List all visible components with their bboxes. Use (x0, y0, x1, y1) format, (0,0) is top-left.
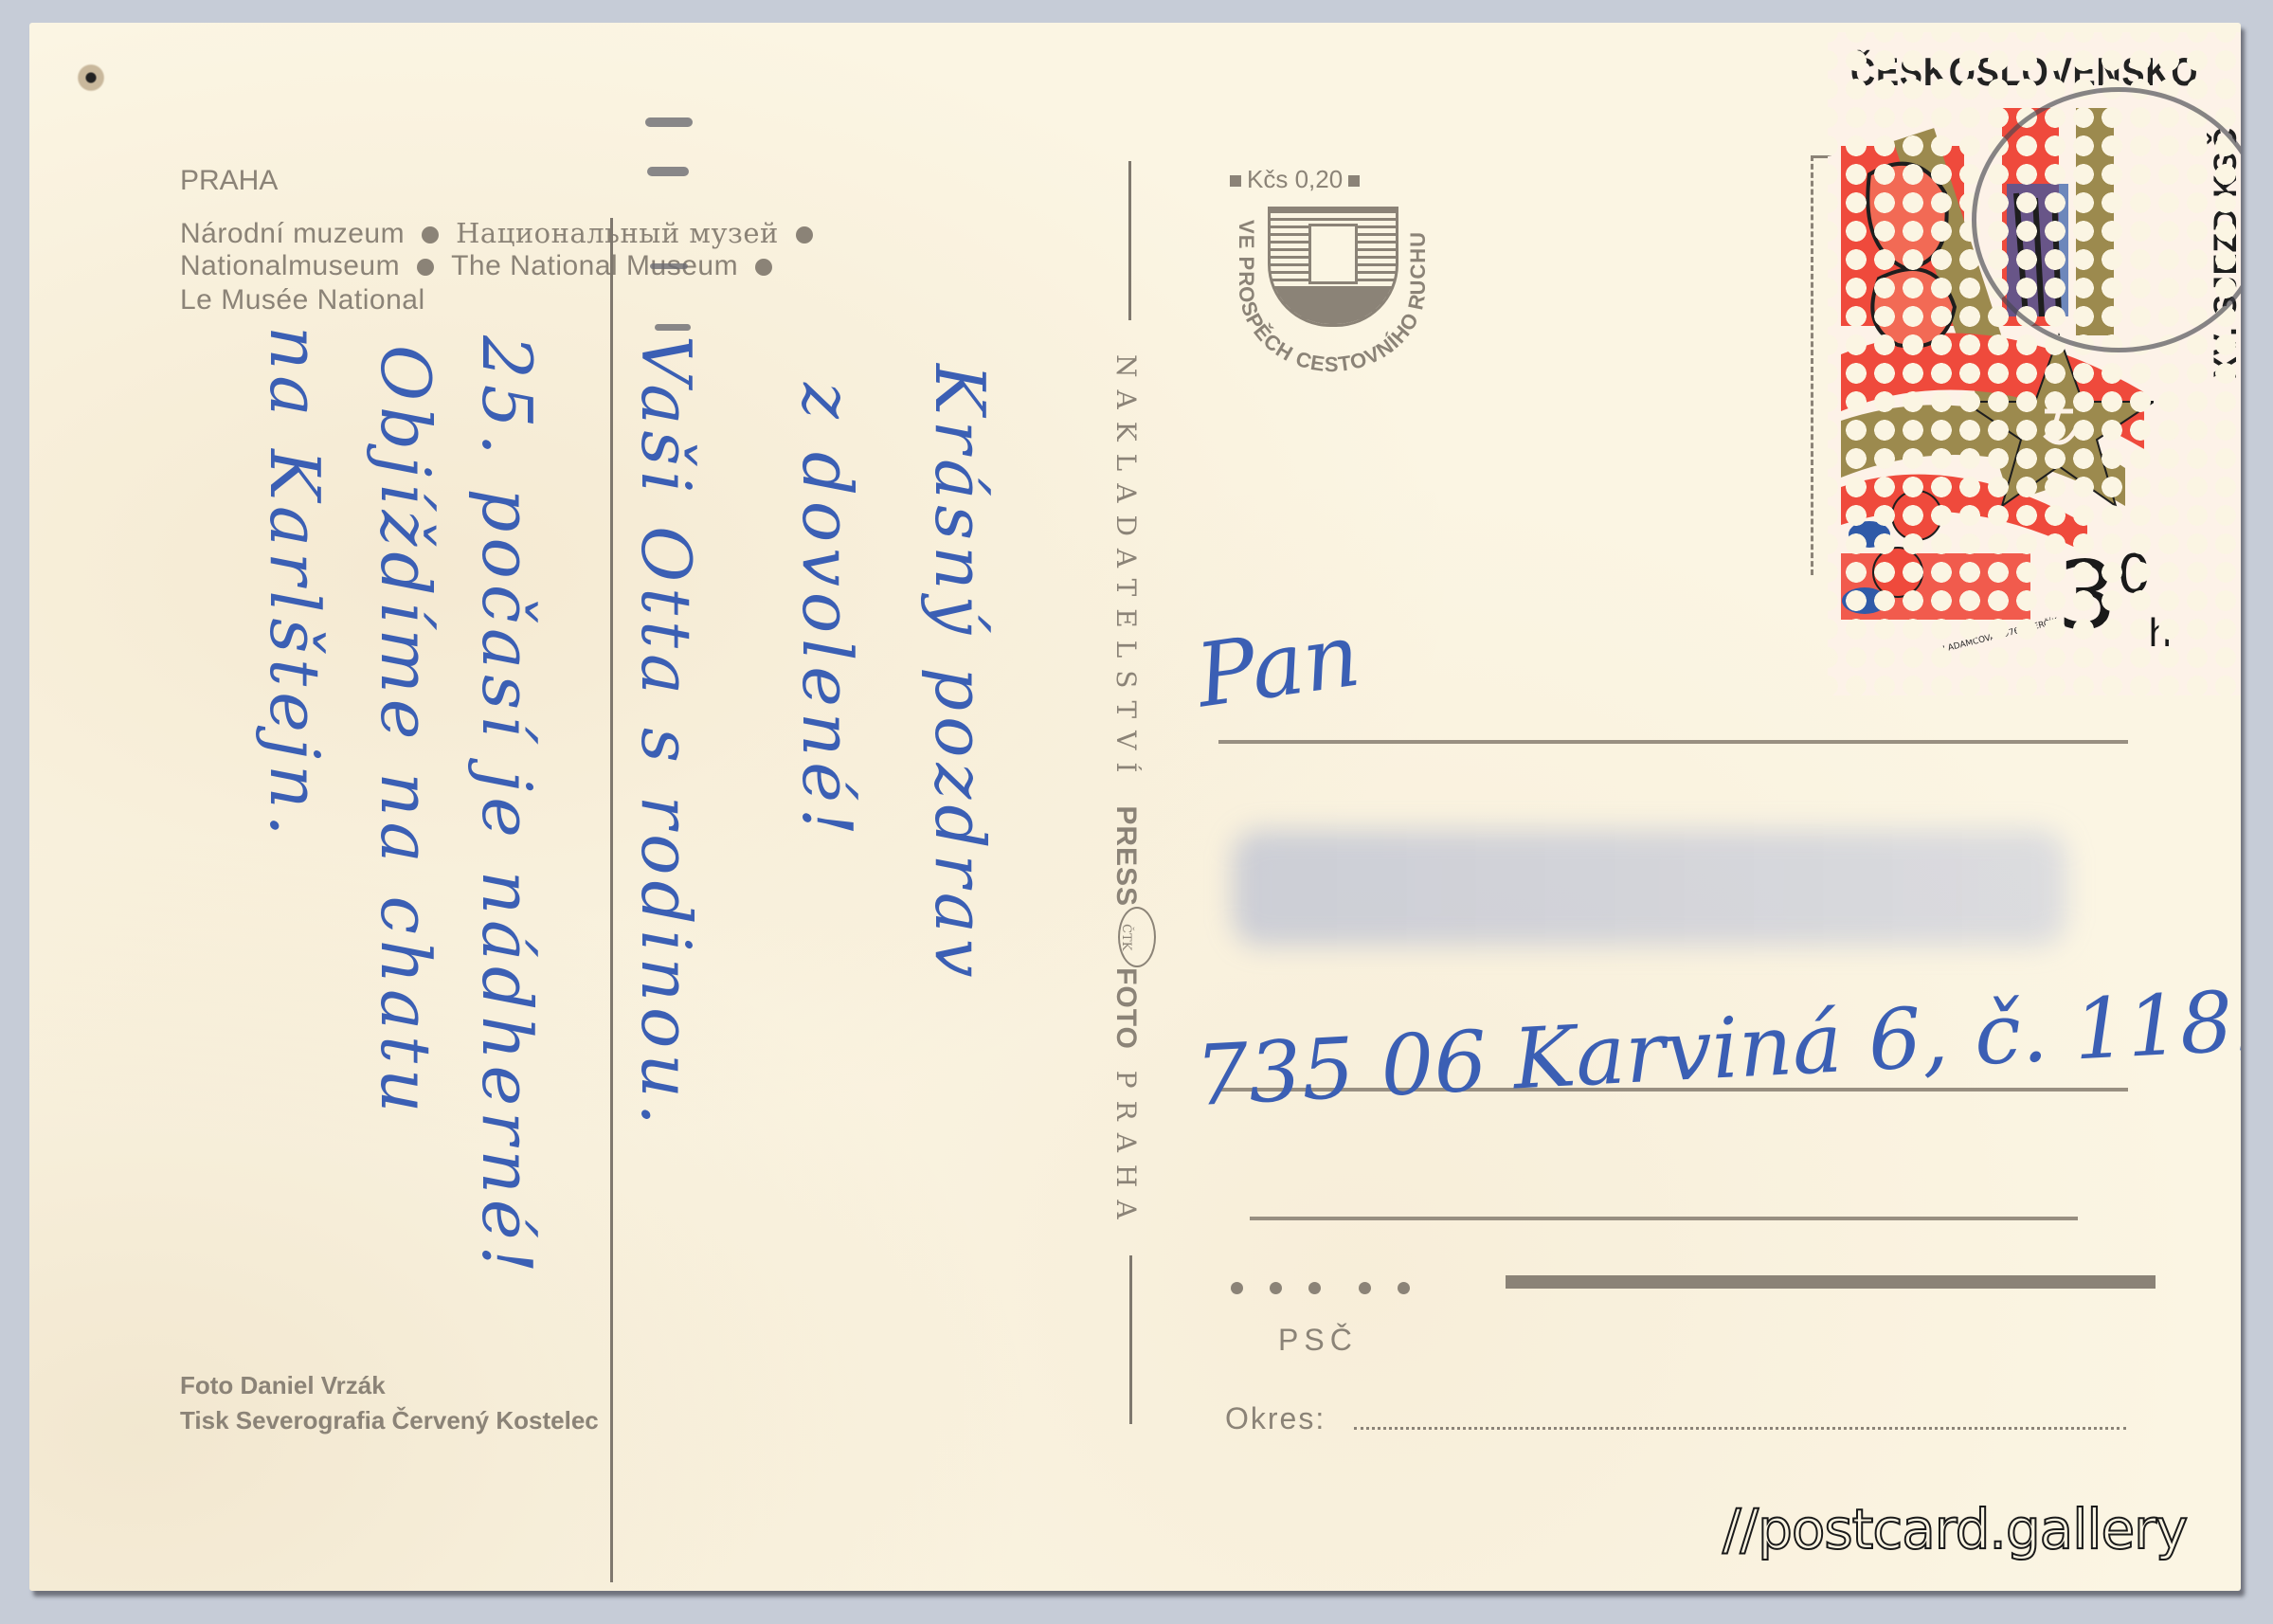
publisher-press: PRESS (1110, 806, 1142, 908)
message-line-6: na Karlštejn. (255, 326, 334, 841)
psc-label: PSČ (1278, 1323, 1358, 1358)
psc-code-dots (1231, 1280, 1436, 1298)
ink-smudge (650, 263, 688, 269)
photo-credit: Foto Daniel Vrzák (180, 1371, 386, 1400)
message-line-1: Krásný pozdrav (920, 364, 1000, 983)
address-name-redacted (1233, 830, 2066, 946)
caption-french: Le Musée National (180, 284, 425, 316)
print-credit: Tisk Severografia Červený Kostelec (180, 1406, 599, 1435)
caption-line-1: Národní muzeumНациональный музей (180, 217, 830, 250)
ink-smudge (647, 167, 689, 176)
address-salutation: Pan (1190, 604, 1365, 728)
publisher-suffix: PRAHA (1110, 1071, 1142, 1232)
tourism-badge: Kčs 0,20 VE PROSPĚCH CESTOVNÍHO RUCHU (1218, 165, 1446, 373)
okres-dotted-line (1354, 1427, 2126, 1430)
caption-russian: Национальный музей (456, 217, 779, 249)
ctk-globe-logo-icon: ČTK (1118, 907, 1156, 967)
stamp-country: ČESKOSLOVENSKO (1850, 49, 2198, 95)
message-line-3: Vaši Otta s rodinou. (626, 335, 706, 1131)
publisher-imprint: NAKLADATELSTVÍ PRESSČTKFOTO PRAHA (1109, 343, 1151, 1243)
okres-label: Okres: (1225, 1401, 1326, 1436)
watermark: //postcard.gallery (1723, 1497, 2187, 1561)
ink-smudge (655, 324, 691, 331)
ink-smudge (645, 117, 693, 127)
psc-bar (1506, 1275, 2156, 1289)
bullet-icon (755, 259, 772, 276)
message-line-4: 25. počasí je nádherné! (467, 335, 547, 1278)
caption-english: The National Museum (451, 250, 738, 281)
publisher-prefix: NAKLADATELSTVÍ (1110, 354, 1142, 785)
address-street: 735 06 Karviná 6, č. 1181 (1193, 970, 2241, 1125)
badge-arc-text: VE PROSPĚCH CESTOVNÍHO RUCHU (1218, 203, 1446, 373)
center-divider-top (1128, 161, 1131, 320)
caption-czech: Národní muzeum (180, 218, 405, 249)
message-line-2: z dovolené! (787, 383, 867, 841)
message-line-5: Objíždíme na chatu (366, 345, 445, 1118)
address-line-1 (1218, 740, 2128, 744)
caption-line-2: NationalmuseumThe National Museum (180, 250, 789, 282)
postcard: PRAHA Národní muzeumНациональный музей N… (29, 23, 2241, 1591)
bullet-icon (796, 226, 813, 244)
badge-price: Kčs 0,20 (1224, 165, 1365, 194)
publisher-foto: FOTO (1110, 967, 1142, 1050)
caption-german: Nationalmuseum (180, 250, 400, 281)
svg-text:VE PROSPĚCH CESTOVNÍHO RUCHU: VE PROSPĚCH CESTOVNÍHO RUCHU (1235, 220, 1430, 373)
bullet-icon (417, 259, 434, 276)
message-divider-line (610, 218, 613, 1582)
bullet-icon (422, 226, 439, 244)
stamp-value: 30 (2057, 549, 2151, 643)
caption-city: PRAHA (180, 165, 278, 197)
pin-hole (77, 63, 105, 92)
center-divider-bottom (1129, 1255, 1132, 1424)
address-line-3 (1250, 1217, 2078, 1220)
stamp-unit: h (2148, 612, 2172, 656)
